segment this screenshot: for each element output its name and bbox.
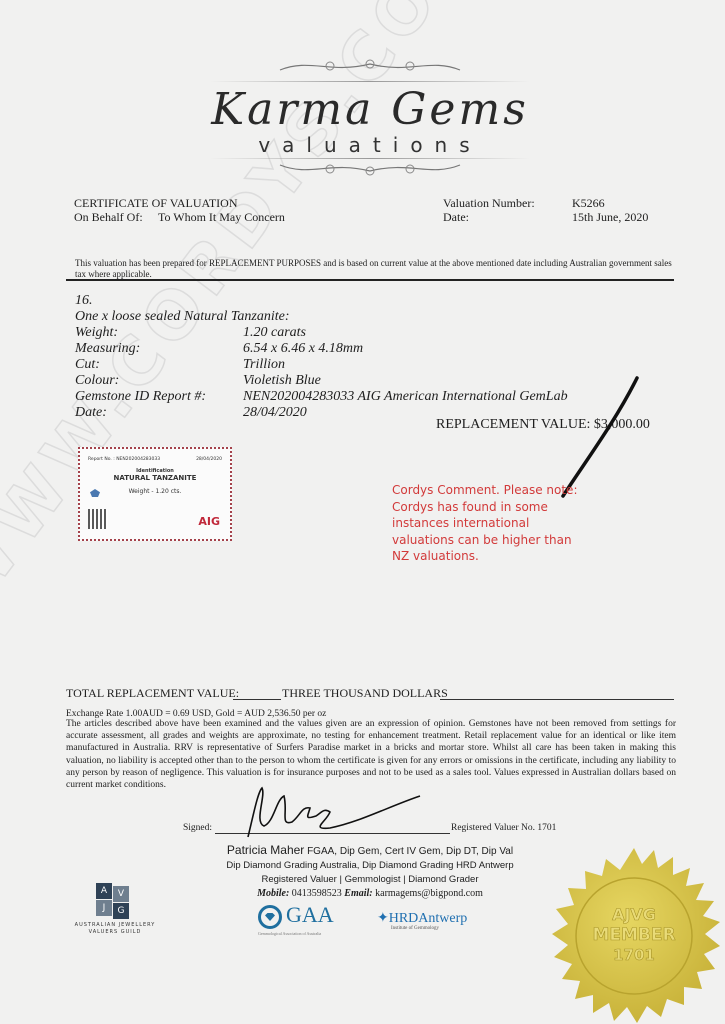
hrd-antwerp-logo: ✦HRDAntwerp Institute of Gemmology	[377, 910, 477, 938]
svg-text:AJVG: AJVG	[612, 905, 656, 924]
total-underline-2	[440, 699, 674, 700]
total-replacement-label: TOTAL REPLACEMENT VALUE:	[66, 686, 239, 701]
field-weight: Weight:1.20 carats	[75, 325, 675, 341]
registered-valuer-number: Registered Valuer No. 1701	[451, 823, 556, 833]
total-replacement-value: THREE THOUSAND DOLLARS	[282, 686, 448, 701]
total-underline-1	[233, 699, 281, 700]
ajvg-member-seal: AJVG MEMBER 1701	[544, 846, 724, 1024]
certificate-title: CERTIFICATE OF VALUATION	[74, 196, 238, 210]
gaa-subtitle: Gemmological Association of Australia	[258, 931, 321, 936]
item-description: One x loose sealed Natural Tanzanite:	[75, 309, 675, 325]
signature-icon	[240, 782, 430, 842]
aig-logo: AIG	[198, 515, 220, 528]
brand-name: Karma Gems	[190, 86, 550, 134]
gaa-diamond-icon	[258, 905, 282, 929]
purpose-note: This valuation has been prepared for REP…	[75, 258, 675, 279]
valuer-details: Patricia Maher FGAA, Dip Gem, Cert IV Ge…	[210, 843, 530, 900]
report-no: Report No. : NEN202004283033	[88, 457, 160, 462]
on-behalf-value: To Whom It May Concern	[158, 210, 285, 224]
report-date: 28/04/2020	[196, 457, 222, 462]
header-divider	[66, 279, 674, 281]
ajvg-name: AUSTRALIAN JEWELLERY	[60, 922, 170, 928]
qr-code-icon	[88, 509, 108, 529]
gaa-text: GAA	[286, 902, 334, 928]
karma-gems-logo: Karma Gems valuations	[190, 58, 550, 176]
gemstone-id-report-card: Report No. : NEN202004283033 28/04/2020 …	[78, 447, 232, 541]
mobile-number: 0413598523	[292, 888, 342, 899]
gold-seal-icon: AJVG MEMBER 1701	[544, 846, 724, 1024]
item-number: 16.	[75, 293, 675, 309]
valuer-name: Patricia Maher	[227, 843, 304, 857]
ornament-bottom-icon	[270, 161, 470, 177]
date-value: 15th June, 2020	[572, 210, 648, 224]
field-measuring: Measuring:6.54 x 6.46 x 4.18mm	[75, 341, 675, 357]
on-behalf-label: On Behalf Of:	[74, 210, 143, 224]
ornament-top-icon	[270, 58, 470, 74]
disclaimer: The articles described above have been e…	[66, 718, 676, 791]
hrd-star-icon: ✦	[377, 911, 389, 926]
hrd-text: HRDAntwerp	[389, 911, 468, 926]
report-weight: Weight - 1.20 cts.	[80, 488, 230, 495]
signed-label: Signed:	[183, 823, 212, 833]
email-address: karmagems@bigpond.com	[375, 888, 483, 899]
cordys-comment: Cordys Comment. Please note: Cordys has …	[392, 482, 582, 565]
valuer-roles: Registered Valuer | Gemmologist | Diamon…	[210, 873, 530, 887]
valuer-quals: FGAA, Dip Gem, Cert IV Gem, Dip DT, Dip …	[307, 846, 513, 857]
hrd-subtitle: Institute of Gemmology	[391, 926, 439, 931]
svg-text:MEMBER: MEMBER	[592, 925, 675, 945]
field-cut: Cut:Trillion	[75, 357, 675, 373]
svg-text:1701: 1701	[613, 946, 655, 964]
date-label: Date:	[443, 210, 469, 224]
ajvg-logo: A V J G AUSTRALIAN JEWELLERY VALUERS GUI…	[60, 881, 170, 936]
valuation-number-label: Valuation Number:	[443, 196, 535, 210]
gaa-logo: GAA Gemmological Association of Australi…	[258, 903, 348, 941]
brand-subtitle: valuations	[190, 134, 550, 156]
report-stone: NATURAL TANZANITE	[80, 474, 230, 482]
mobile-label: Mobile:	[257, 888, 289, 899]
valuer-quals-2: Dip Diamond Grading Australia, Dip Diamo…	[210, 859, 530, 873]
valuation-number-value: K5266	[572, 196, 605, 210]
email-label: Email:	[344, 888, 372, 899]
ajvg-name-2: VALUERS GUILD	[60, 929, 170, 935]
